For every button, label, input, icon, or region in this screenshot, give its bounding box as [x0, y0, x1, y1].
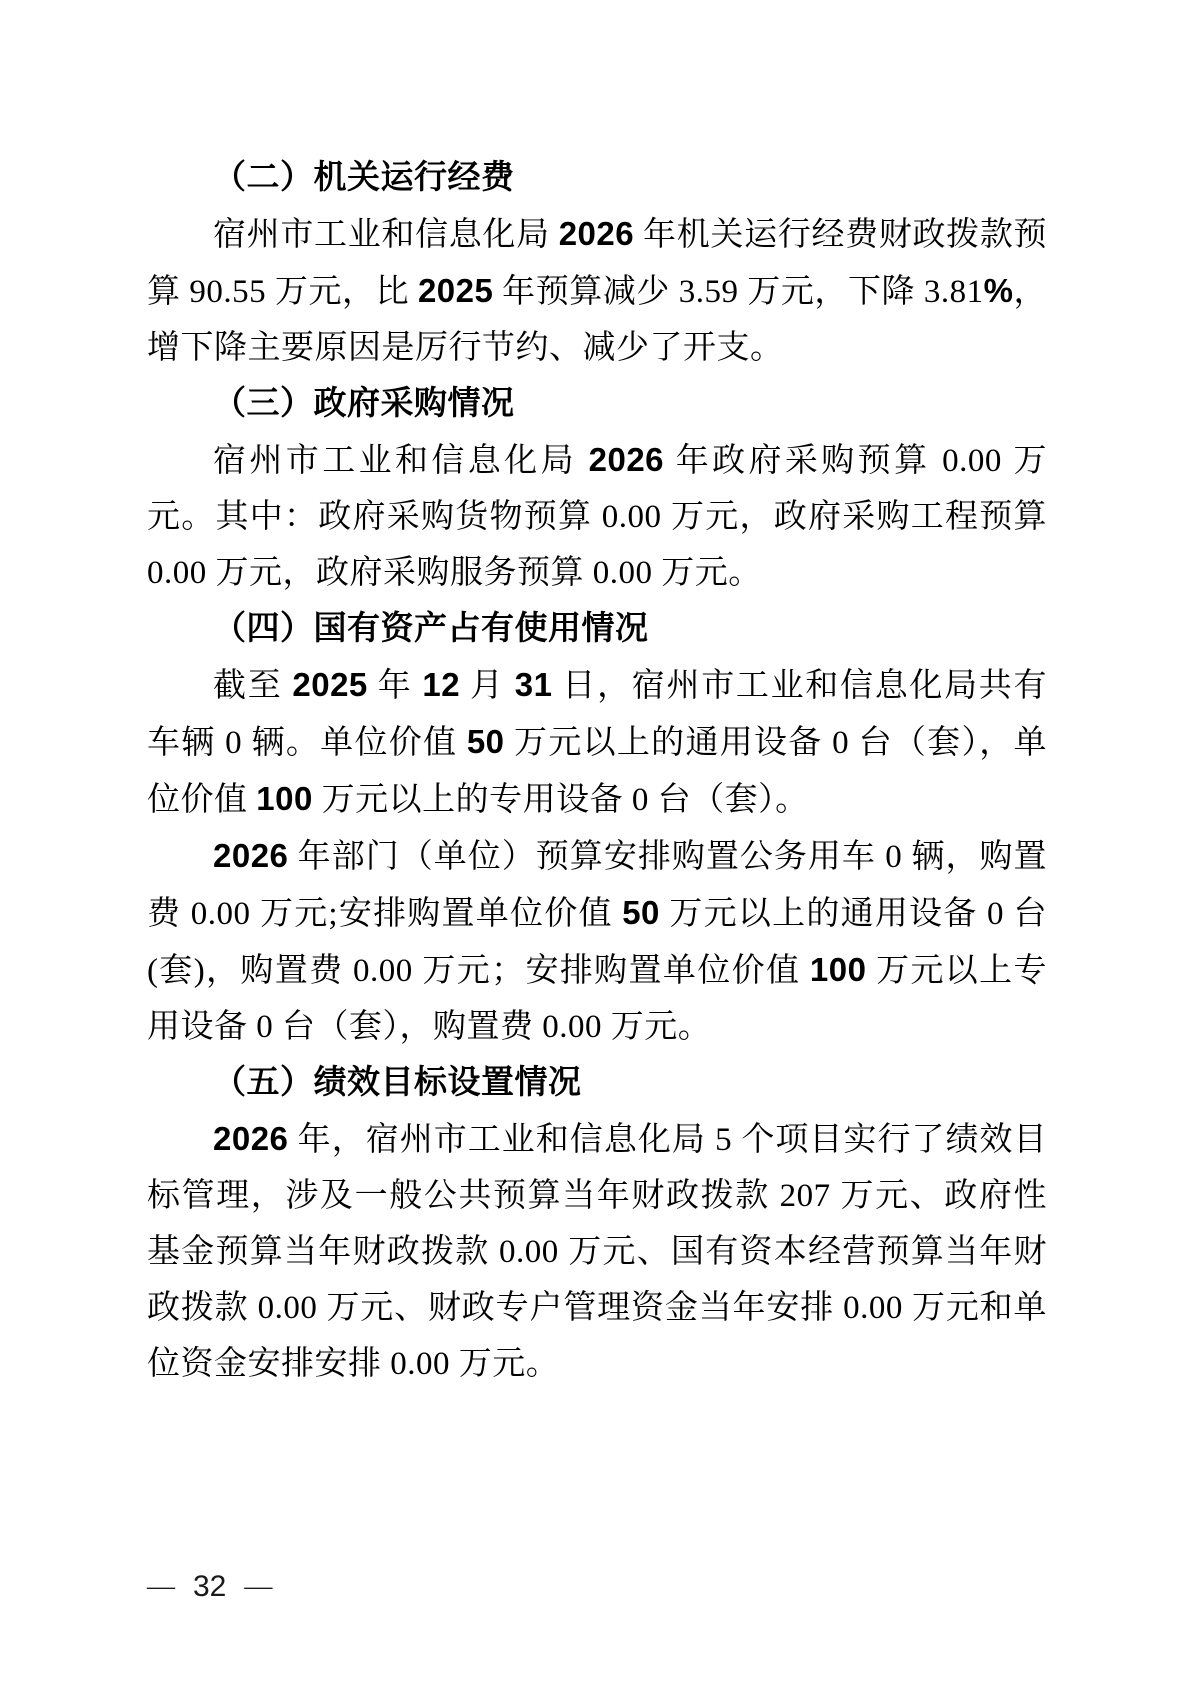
bold-year: 2026 [559, 215, 634, 252]
section-heading-operating-costs: （二）机关运行经费 [147, 150, 1047, 206]
text-run: 月 [460, 668, 515, 704]
bold-day: 31 [515, 666, 553, 703]
text-run: 宿州市工业和信息化局 [213, 217, 559, 253]
section-heading-performance: （五）绩效目标设置情况 [147, 1055, 1047, 1111]
document-page: （二）机关运行经费 宿州市工业和信息化局 2026 年机关运行经费财政拨款预算 … [0, 0, 1190, 1683]
text-run: 年，宿州市工业和信息化局 5 个项目实行了绩效目标管理，涉及一般公共预算当年财政… [147, 1122, 1047, 1382]
bold-year: 2026 [213, 837, 288, 874]
heading-text: （五）绩效目标设置情况 [213, 1065, 582, 1101]
bold-amount: 100 [810, 951, 867, 988]
bold-amount: 50 [467, 723, 505, 760]
heading-text: （三）政府采购情况 [213, 386, 515, 422]
heading-text: （二）机关运行经费 [213, 160, 515, 196]
footer-dash-left: — [147, 1571, 175, 1603]
bold-year: 2025 [292, 666, 367, 703]
bold-year: 2026 [213, 1120, 288, 1157]
bold-amount: 50 [622, 894, 660, 931]
page-number: 32 [193, 1570, 226, 1604]
bold-amount: 100 [256, 780, 313, 817]
bold-year: 2025 [418, 272, 493, 309]
section-heading-procurement: （三）政府采购情况 [147, 376, 1047, 432]
footer-dash-right: — [244, 1571, 272, 1603]
para-assets-planned: 2026 年部门（单位）预算安排购置公务用车 0 辆，购置费 0.00 万元;安… [147, 828, 1047, 1055]
para-operating-costs: 宿州市工业和信息化局 2026 年机关运行经费财政拨款预算 90.55 万元，比… [147, 206, 1047, 376]
text-run: 截至 [213, 668, 292, 704]
section-heading-state-assets: （四）国有资产占有使用情况 [147, 601, 1047, 657]
page-footer: — 32 — [147, 1570, 272, 1604]
text-run: 万元以上的专用设备 0 台（套）。 [313, 782, 809, 818]
para-procurement: 宿州市工业和信息化局 2026 年政府采购预算 0.00 万元。其中：政府采购货… [147, 432, 1047, 601]
bold-month: 12 [422, 666, 460, 703]
para-assets-current: 截至 2025 年 12 月 31 日，宿州市工业和信息化局共有车辆 0 辆。单… [147, 657, 1047, 828]
para-performance: 2026 年，宿州市工业和信息化局 5 个项目实行了绩效目标管理，涉及一般公共预… [147, 1111, 1047, 1392]
document-body: （二）机关运行经费 宿州市工业和信息化局 2026 年机关运行经费财政拨款预算 … [147, 150, 1047, 1392]
heading-text: （四）国有资产占有使用情况 [213, 611, 649, 647]
text-run: 宿州市工业和信息化局 [213, 443, 589, 479]
text-run: 年 [368, 668, 423, 704]
text-run: 年预算减少 3.59 万元，下降 3.81 [493, 274, 983, 310]
bold-percent-sign: % [984, 272, 1014, 309]
bold-year: 2026 [589, 441, 664, 478]
